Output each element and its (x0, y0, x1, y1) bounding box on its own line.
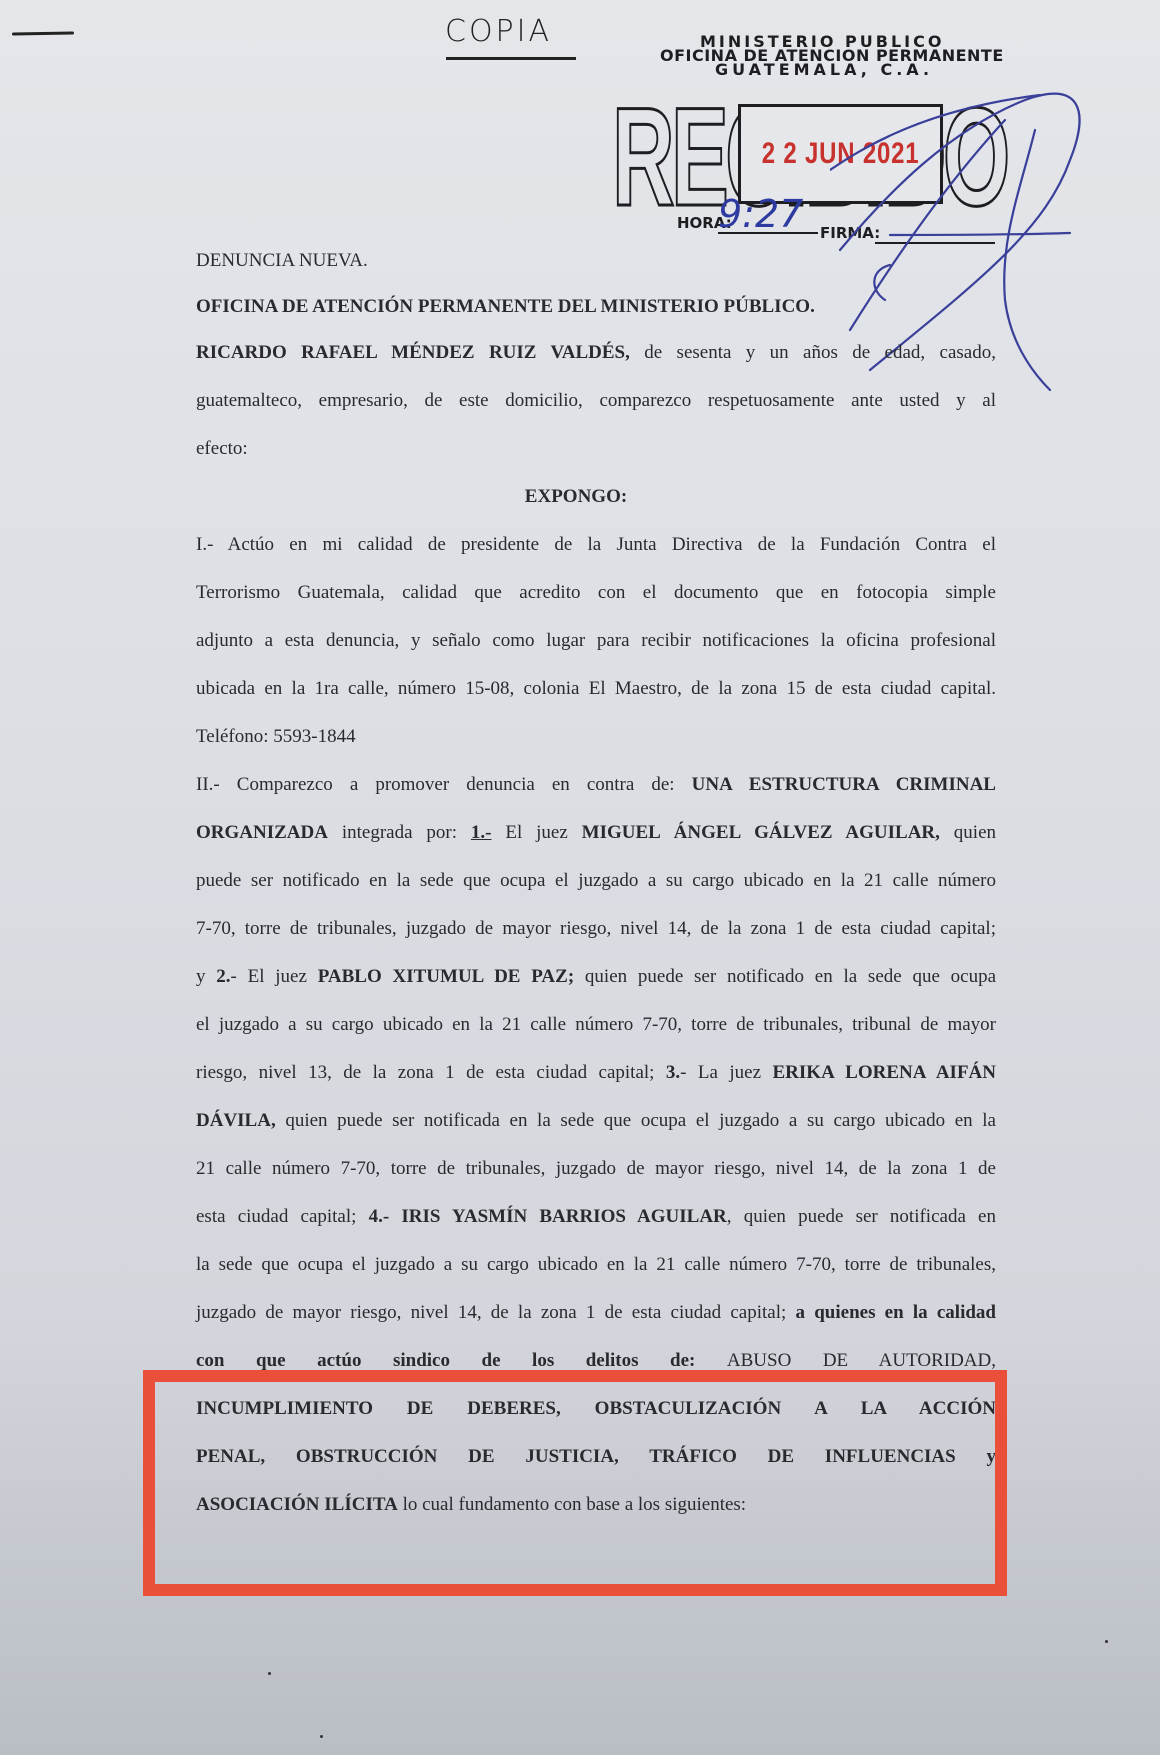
para2-line-6: el juzgado a su cargo ubicado en la 21 c… (196, 1000, 996, 1049)
stamp-hora-line (718, 232, 818, 234)
para2-line-2: ORGANIZADA integrada por: 1.- El juez MI… (196, 808, 996, 857)
text: quien puede ser notificada en la sede qu… (276, 1110, 996, 1131)
section-title: EXPONGO: (176, 472, 976, 521)
para1-line-5: Teléfono: 5593-1844 (196, 712, 996, 761)
text: II.- Comparezco a promover denuncia en c… (196, 774, 692, 795)
text: El juez (491, 822, 581, 843)
para2-line-10: esta ciudad capital; 4.- IRIS YASMÍN BAR… (196, 1192, 996, 1241)
intro-line-2: guatemalteco, empresario, de este domici… (196, 376, 996, 425)
judge-name: ERIKA LORENA AIFÁN (773, 1062, 997, 1083)
intro-text: de sesenta y un años de edad, casado, (630, 342, 996, 363)
heading: DENUNCIA NUEVA. (196, 236, 996, 285)
text: - El juez (231, 966, 318, 987)
para1-line-3: adjunto a esta denuncia, y señalo como l… (196, 616, 996, 665)
judge-name: 4.- IRIS YASMÍN BARRIOS AGUILAR (369, 1206, 727, 1227)
para2-line-1: II.- Comparezco a promover denuncia en c… (196, 760, 996, 809)
bold-text: ORGANIZADA (196, 822, 328, 843)
scanned-document-page: COPIA RECIBIDO MINISTERIO PUBLICO OFICIN… (0, 0, 1160, 1755)
text: esta ciudad capital; (196, 1206, 369, 1227)
intro-line-3: efecto: (196, 424, 996, 473)
copia-underline (446, 57, 576, 60)
item-number: 1.- (471, 822, 492, 843)
addressee: OFICINA DE ATENCIÓN PERMANENTE DEL MINIS… (196, 282, 996, 331)
para2-line-7: riesgo, nivel 13, de la zona 1 de esta c… (196, 1048, 996, 1097)
scan-speck (1105, 1640, 1108, 1643)
stamp-hora-handwritten: 9:27 (718, 192, 803, 236)
judge-name: PABLO XITUMUL DE PAZ; (318, 966, 574, 987)
text: y (196, 966, 216, 987)
para2-line-12: juzgado de mayor riesgo, nivel 14, de la… (196, 1288, 996, 1337)
text: , quien puede ser notificada en (727, 1206, 996, 1227)
item-number: 2. (216, 966, 230, 987)
para1-line-1: I.- Actúo en mi calidad de presidente de… (196, 520, 996, 569)
scan-speck (320, 1735, 323, 1738)
bold-text: UNA ESTRUCTURA CRIMINAL (692, 774, 996, 795)
pen-mark (12, 31, 74, 35)
text: con que actúo sindico de los delitos de: (196, 1350, 727, 1371)
text: riesgo, nivel 13, de la zona 1 de esta c… (196, 1062, 666, 1083)
copia-annotation: COPIA (445, 14, 552, 49)
para2-line-5: y 2.- El juez PABLO XITUMUL DE PAZ; quie… (196, 952, 996, 1001)
text: - La juez (680, 1062, 772, 1083)
red-highlight-box (143, 1370, 1007, 1596)
text: quien (940, 822, 996, 843)
para2-line-9: 21 calle número 7-70, torre de tribunale… (196, 1144, 996, 1193)
text: quien puede ser notificado en la sede qu… (574, 966, 996, 987)
judge-name: MIGUEL ÁNGEL GÁLVEZ AGUILAR, (582, 822, 940, 843)
crime-name: ABUSO DE AUTORIDAD, (727, 1350, 996, 1371)
text: juzgado de mayor riesgo, nivel 14, de la… (196, 1302, 796, 1323)
para2-line-4: 7-70, torre de tribunales, juzgado de ma… (196, 904, 996, 953)
para2-line-8: DÁVILA, quien puede ser notificada en la… (196, 1096, 996, 1145)
judge-name: DÁVILA, (196, 1110, 276, 1131)
bold-text: a quienes en la calidad (796, 1302, 996, 1323)
para1-line-2: Terrorismo Guatemala, calidad que acredi… (196, 568, 996, 617)
item-number: 3. (666, 1062, 680, 1083)
text: integrada por: (328, 822, 471, 843)
para1-line-4: ubicada en la 1ra calle, número 15-08, c… (196, 664, 996, 713)
complainant-name: RICARDO RAFAEL MÉNDEZ RUIZ VALDÉS, (196, 342, 630, 363)
para2-line-11: la sede que ocupa el juzgado a su cargo … (196, 1240, 996, 1289)
scan-speck (268, 1672, 271, 1675)
para2-line-3: puede ser notificado en la sede que ocup… (196, 856, 996, 905)
intro-line-1: RICARDO RAFAEL MÉNDEZ RUIZ VALDÉS, de se… (196, 328, 996, 377)
